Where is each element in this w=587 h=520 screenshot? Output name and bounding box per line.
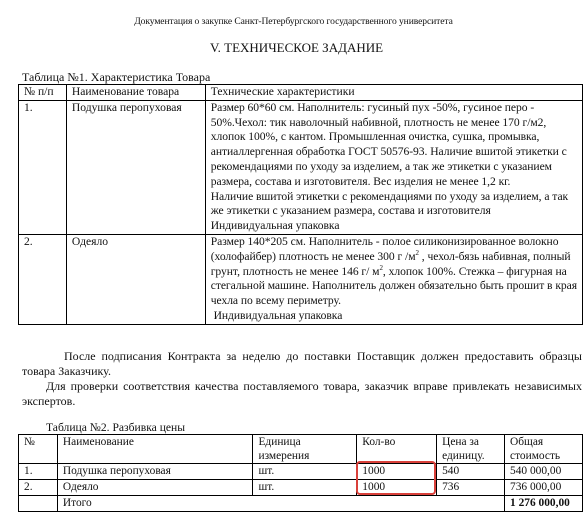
spec-text: Индивидуальная упаковка <box>211 309 580 324</box>
table-row: 2. Одеяло Размер 140*205 см. Наполнитель… <box>19 234 583 324</box>
item-unit-price: 736 <box>437 480 505 496</box>
header-cell-quantity: Кол-во <box>357 435 437 464</box>
header-cell-total-cost: Общая стоимость <box>505 435 583 464</box>
header-cell-spec: Технические характеристики <box>205 85 582 101</box>
table-row: 1. Подушка перопуховая шт. 1000 540 540 … <box>19 464 583 480</box>
header-cell-name: Наименование товара <box>66 85 205 101</box>
product-name: Одеяло <box>66 234 205 324</box>
item-name: Подушка перопуховая <box>57 464 253 480</box>
header-cell-name: Наименование <box>57 435 253 464</box>
table1-caption: Таблица №1. Характеристика Товара <box>22 70 210 85</box>
total-row: Итого 1 276 000,00 <box>19 496 583 512</box>
section-title: V. ТЕХНИЧЕСКОЕ ЗАДАНИЕ <box>0 40 587 56</box>
item-total: 540 000,00 <box>505 464 583 480</box>
paragraph-experts: Для проверки соответствия качества поста… <box>22 379 582 409</box>
item-unit: шт. <box>253 464 357 480</box>
row-number: 2. <box>19 480 58 496</box>
spec-text: Индивидуальная упаковка <box>211 219 580 234</box>
item-total: 736 000,00 <box>505 480 583 496</box>
product-name: Подушка перопуховая <box>66 100 205 234</box>
quantity-highlight-annotation <box>356 461 436 495</box>
product-spec: Размер 140*205 см. Наполнитель - полое с… <box>205 234 582 324</box>
total-row-blank <box>19 496 58 512</box>
spec-text: Размер 140*205 см. Наполнитель - полое с… <box>211 235 580 309</box>
item-unit-price: 540 <box>437 464 505 480</box>
paragraph-samples: После подписания Контракта за неделю до … <box>22 349 582 379</box>
item-unit: шт. <box>253 480 357 496</box>
row-number: 1. <box>19 464 58 480</box>
table2-caption: Таблица №2. Разбивка цены <box>46 421 185 434</box>
header-cell-number: № п/п <box>19 85 67 101</box>
document-header-note: Документация о закупке Санкт-Петербургск… <box>0 16 587 27</box>
item-name: Одеяло <box>57 480 253 496</box>
table-header-row: № Наименование Единица измерения Кол-во … <box>19 435 583 464</box>
total-value: 1 276 000,00 <box>505 496 583 512</box>
table-header-row: № п/п Наименование товара Технические ха… <box>19 85 583 101</box>
total-label: Итого <box>57 496 504 512</box>
row-number: 1. <box>19 100 67 234</box>
table-row: 2. Одеяло шт. 1000 736 736 000,00 <box>19 480 583 496</box>
product-characteristics-table: № п/п Наименование товара Технические ха… <box>18 84 583 325</box>
row-number: 2. <box>19 234 67 324</box>
table-row: 1. Подушка перопуховая Размер 60*60 см. … <box>19 100 583 234</box>
header-cell-unit-price: Цена за единицу. <box>437 435 505 464</box>
header-cell-unit: Единица измерения <box>253 435 357 464</box>
product-spec: Размер 60*60 см. Наполнитель: гусиный пу… <box>205 100 582 234</box>
spec-text: Размер 60*60 см. Наполнитель: гусиный пу… <box>211 101 580 190</box>
spec-text: Наличие вшитой этикетки с рекомендациями… <box>211 190 580 220</box>
header-cell-number: № <box>19 435 58 464</box>
price-breakdown-table: № Наименование Единица измерения Кол-во … <box>18 434 583 512</box>
